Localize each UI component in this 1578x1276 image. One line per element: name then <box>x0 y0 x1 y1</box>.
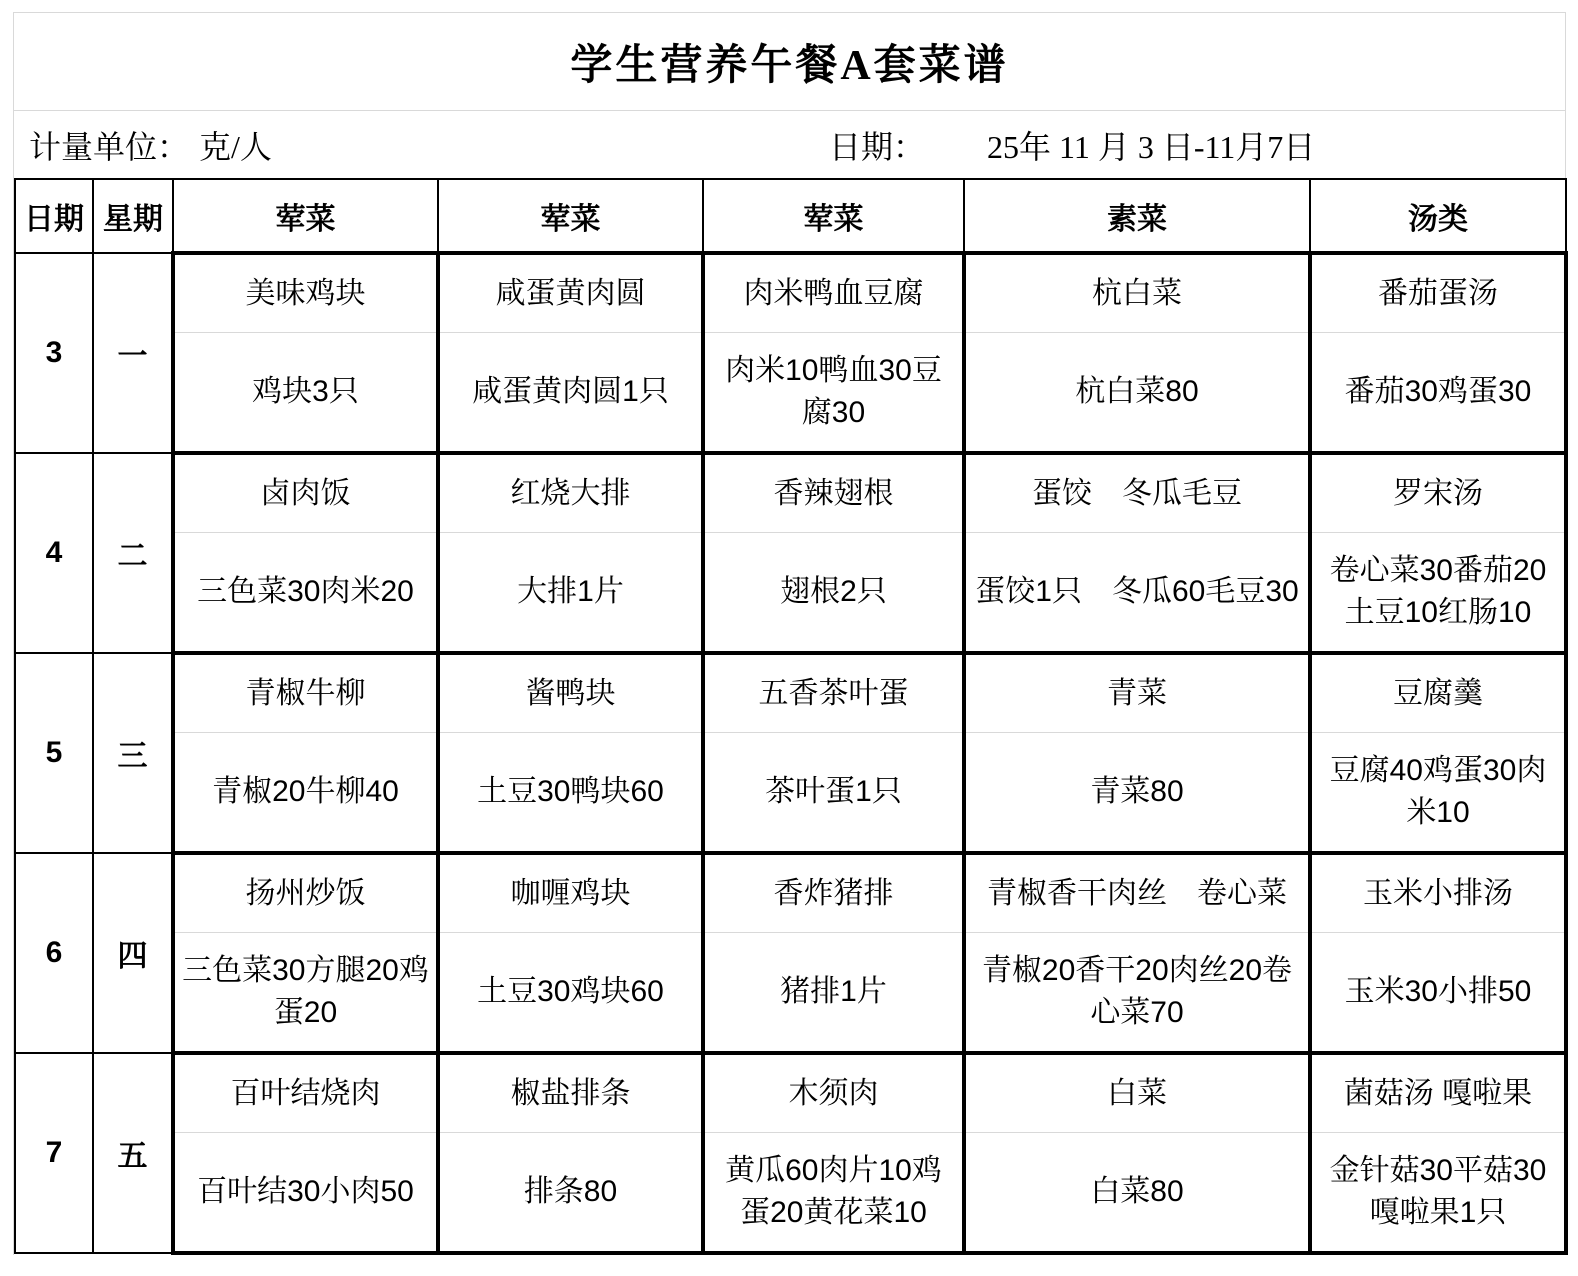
meta-row: 计量单位： 克/人 日期： 25年 11 月 3 日-11月7日 <box>14 111 1565 178</box>
day-row-name: 7五百叶结烧肉椒盐排条木须肉白菜菌菇汤 嘎啦果 <box>15 1053 1566 1133</box>
title-row: 学生营养午餐A套菜谱 <box>14 13 1565 111</box>
dish-qty-cell: 猪排1片 <box>703 933 964 1054</box>
dish-name-cell: 肉米鸭血豆腐 <box>703 253 964 333</box>
unit-group: 计量单位： 克/人 <box>29 111 272 178</box>
dish-qty-cell: 茶叶蛋1只 <box>703 733 964 854</box>
dish-name-cell: 百叶结烧肉 <box>173 1053 438 1133</box>
dish-name-cell: 蛋饺 冬瓜毛豆 <box>964 453 1310 533</box>
dish-name-cell: 木须肉 <box>703 1053 964 1133</box>
date-group: 日期： 25年 11 月 3 日-11月7日 <box>829 111 1315 178</box>
day-row-qty: 鸡块3只咸蛋黄肉圆1只肉米10鸭血30豆腐30杭白菜80番茄30鸡蛋30 <box>15 333 1566 454</box>
page-title: 学生营养午餐A套菜谱 <box>570 32 1008 92</box>
dish-qty-cell: 百叶结30小肉50 <box>173 1133 438 1254</box>
dish-qty-cell: 三色菜30肉米20 <box>173 533 438 654</box>
dish-name-cell: 香炸猪排 <box>703 853 964 933</box>
weekday-cell: 三 <box>93 653 173 853</box>
menu-sheet: 学生营养午餐A套菜谱 计量单位： 克/人 日期： 25年 11 月 3 日-11… <box>13 12 1566 1255</box>
date-cell: 7 <box>15 1053 93 1253</box>
date-cell: 3 <box>15 253 93 453</box>
weekday-cell: 五 <box>93 1053 173 1253</box>
dish-qty-cell: 鸡块3只 <box>173 333 438 454</box>
date-cell: 6 <box>15 853 93 1053</box>
dish-name-cell: 椒盐排条 <box>438 1053 703 1133</box>
dish-qty-cell: 蛋饺1只 冬瓜60毛豆30 <box>964 533 1310 654</box>
dish-name-cell: 红烧大排 <box>438 453 703 533</box>
dish-name-cell: 五香茶叶蛋 <box>703 653 964 733</box>
date-value: 25年 11 月 3 日-11月7日 <box>987 122 1315 168</box>
dish-name-cell: 杭白菜 <box>964 253 1310 333</box>
dish-name-cell: 青椒牛柳 <box>173 653 438 733</box>
dish-name-cell: 豆腐羹 <box>1310 653 1566 733</box>
day-row-name: 6四扬州炒饭咖喱鸡块香炸猪排青椒香干肉丝 卷心菜玉米小排汤 <box>15 853 1566 933</box>
dish-name-cell: 青椒香干肉丝 卷心菜 <box>964 853 1310 933</box>
dish-qty-cell: 番茄30鸡蛋30 <box>1310 333 1566 454</box>
unit-label: 计量单位： <box>29 122 189 168</box>
dish-name-cell: 白菜 <box>964 1053 1310 1133</box>
date-cell: 4 <box>15 453 93 653</box>
dish-name-cell: 番茄蛋汤 <box>1310 253 1566 333</box>
header-soup: 汤类 <box>1310 179 1566 253</box>
dish-name-cell: 玉米小排汤 <box>1310 853 1566 933</box>
dish-name-cell: 酱鸭块 <box>438 653 703 733</box>
date-label: 日期： <box>829 122 925 168</box>
day-row-qty: 三色菜30肉米20大排1片翅根2只蛋饺1只 冬瓜60毛豆30卷心菜30番茄20土… <box>15 533 1566 654</box>
header-meat-2: 荤菜 <box>438 179 703 253</box>
dish-qty-cell: 黄瓜60肉片10鸡蛋20黄花菜10 <box>703 1133 964 1254</box>
day-row-name: 3一美味鸡块咸蛋黄肉圆肉米鸭血豆腐杭白菜番茄蛋汤 <box>15 253 1566 333</box>
date-cell: 5 <box>15 653 93 853</box>
dish-name-cell: 美味鸡块 <box>173 253 438 333</box>
dish-name-cell: 菌菇汤 嘎啦果 <box>1310 1053 1566 1133</box>
dish-qty-cell: 青菜80 <box>964 733 1310 854</box>
dish-qty-cell: 青椒20牛柳40 <box>173 733 438 854</box>
dish-qty-cell: 卷心菜30番茄20土豆10红肠10 <box>1310 533 1566 654</box>
dish-name-cell: 咖喱鸡块 <box>438 853 703 933</box>
dish-qty-cell: 杭白菜80 <box>964 333 1310 454</box>
menu-table: 日期 星期 荤菜 荤菜 荤菜 素菜 汤类 3一美味鸡块咸蛋黄肉圆肉米鸭血豆腐杭白… <box>14 178 1568 1255</box>
header-row: 日期 星期 荤菜 荤菜 荤菜 素菜 汤类 <box>15 179 1566 253</box>
dish-qty-cell: 白菜80 <box>964 1133 1310 1254</box>
dish-name-cell: 罗宋汤 <box>1310 453 1566 533</box>
day-row-qty: 百叶结30小肉50排条80黄瓜60肉片10鸡蛋20黄花菜10白菜80金针菇30平… <box>15 1133 1566 1254</box>
dish-name-cell: 扬州炒饭 <box>173 853 438 933</box>
day-row-name: 5三青椒牛柳酱鸭块五香茶叶蛋青菜豆腐羹 <box>15 653 1566 733</box>
dish-qty-cell: 青椒20香干20肉丝20卷心菜70 <box>964 933 1310 1054</box>
day-row-name: 4二卤肉饭红烧大排香辣翅根蛋饺 冬瓜毛豆罗宋汤 <box>15 453 1566 533</box>
dish-qty-cell: 翅根2只 <box>703 533 964 654</box>
header-weekday: 星期 <box>93 179 173 253</box>
dish-qty-cell: 大排1片 <box>438 533 703 654</box>
dish-qty-cell: 咸蛋黄肉圆1只 <box>438 333 703 454</box>
day-row-qty: 三色菜30方腿20鸡蛋20土豆30鸡块60猪排1片青椒20香干20肉丝20卷心菜… <box>15 933 1566 1054</box>
header-vegetable: 素菜 <box>964 179 1310 253</box>
dish-qty-cell: 土豆30鸭块60 <box>438 733 703 854</box>
weekday-cell: 一 <box>93 253 173 453</box>
dish-qty-cell: 金针菇30平菇30嘎啦果1只 <box>1310 1133 1566 1254</box>
dish-name-cell: 咸蛋黄肉圆 <box>438 253 703 333</box>
dish-qty-cell: 肉米10鸭血30豆腐30 <box>703 333 964 454</box>
unit-value: 克/人 <box>199 122 272 168</box>
weekday-cell: 二 <box>93 453 173 653</box>
header-meat-3: 荤菜 <box>703 179 964 253</box>
header-date: 日期 <box>15 179 93 253</box>
dish-qty-cell: 豆腐40鸡蛋30肉米10 <box>1310 733 1566 854</box>
day-row-qty: 青椒20牛柳40土豆30鸭块60茶叶蛋1只青菜80豆腐40鸡蛋30肉米10 <box>15 733 1566 854</box>
dish-qty-cell: 土豆30鸡块60 <box>438 933 703 1054</box>
dish-name-cell: 青菜 <box>964 653 1310 733</box>
dish-name-cell: 卤肉饭 <box>173 453 438 533</box>
dish-qty-cell: 玉米30小排50 <box>1310 933 1566 1054</box>
dish-qty-cell: 三色菜30方腿20鸡蛋20 <box>173 933 438 1054</box>
dish-name-cell: 香辣翅根 <box>703 453 964 533</box>
dish-qty-cell: 排条80 <box>438 1133 703 1254</box>
weekday-cell: 四 <box>93 853 173 1053</box>
header-meat-1: 荤菜 <box>173 179 438 253</box>
